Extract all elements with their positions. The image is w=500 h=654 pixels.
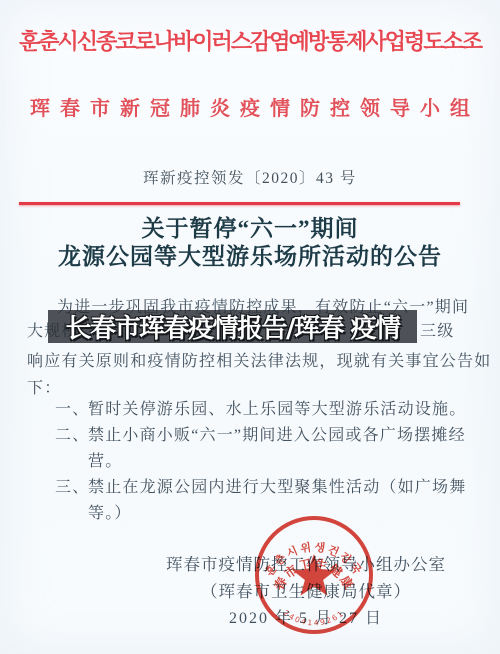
paragraph-line-2-right-fragment: 三级 — [420, 318, 454, 341]
official-seal: 훈춘시위생건강국 珲春市卫生健康局 2404149261 — [252, 513, 376, 637]
list-item-text: 暂时关停游乐园、水上乐园等大型游乐活动设施。 — [88, 401, 466, 418]
list-item-number: 二、 — [55, 423, 89, 449]
news-headline-banner: 长春市珲春疫情报告/珲春 疫情 — [48, 310, 417, 343]
document-number: 珲新疫控领发〔2020〕43 号 — [0, 166, 500, 188]
notice-title: 关于暂停“六一”期间 龙源公园等大型游乐场所活动的公告 — [0, 215, 500, 271]
list-item-text: 禁止小商小贩“六一”期间进入公园或各广场摆摊经营。 — [88, 427, 466, 470]
list-item-number: 三、 — [55, 475, 89, 501]
list-item: 一、 暂时关停游乐园、水上乐园等大型游乐活动设施。 — [27, 397, 472, 423]
seal-serial-number: 2404149261 — [282, 608, 347, 627]
red-divider-line — [19, 202, 460, 205]
notice-title-line1: 关于暂停“六一”期间 — [0, 215, 500, 243]
paragraph-line-3: 响应有关原则和疫情防控相关法律法规，现就有关事宜公告如 — [27, 348, 472, 371]
seal-serial-arc-text: 2404149261 — [282, 608, 347, 627]
korean-header-title: 훈춘시신종코로나바이러스감염예방통제사업령도소조 — [0, 25, 500, 56]
document-page: 훈춘시신종코로나바이러스감염예방통제사업령도소조 珲春市新冠肺炎疫情防控领导小组… — [0, 0, 500, 654]
paragraph-line-4: 下： — [27, 375, 472, 398]
notice-item-list: 一、 暂时关停游乐园、水上乐园等大型游乐活动设施。 二、 禁止小商小贩“六一”期… — [27, 397, 472, 527]
notice-title-line2: 龙源公园等大型游乐场所活动的公告 — [0, 243, 500, 271]
list-item-number: 一、 — [55, 397, 89, 423]
list-item: 三、 禁止在龙源公园内进行大型聚集性活动（如广场舞等。） — [27, 475, 472, 527]
chinese-header-title: 珲春市新冠肺炎疫情防控领导小组 — [0, 92, 500, 121]
list-item: 二、 禁止小商小贩“六一”期间进入公园或各广场摆摊经营。 — [27, 423, 472, 475]
news-headline-text: 长春市珲春疫情报告/珲春 疫情 — [65, 308, 399, 345]
